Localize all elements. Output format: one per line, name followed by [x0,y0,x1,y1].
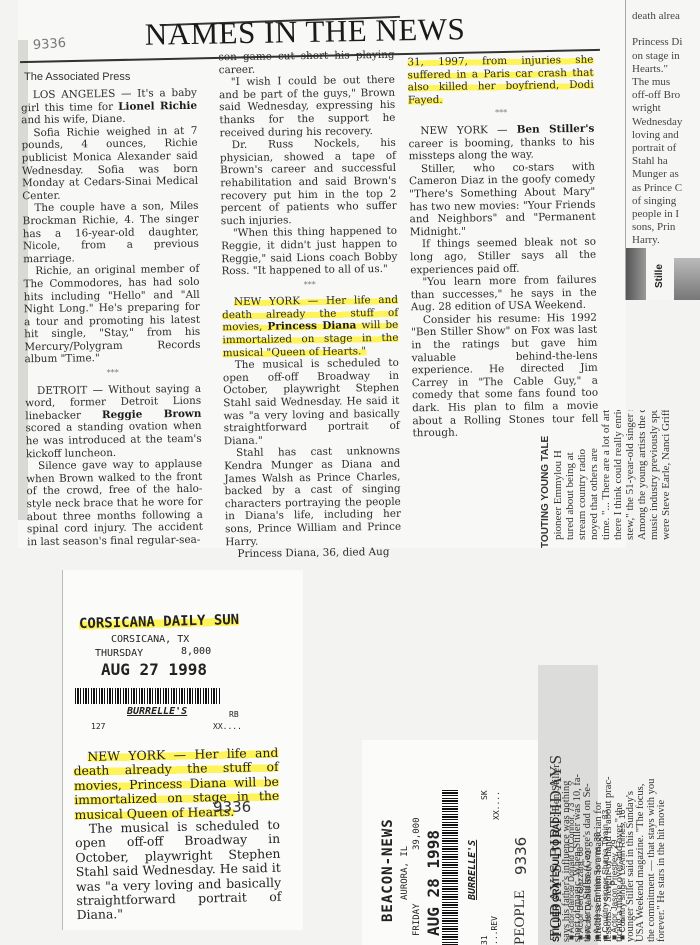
article-paragraph: Dr. Russ Nockels, his physician, showed … [220,137,397,228]
clipping-service-logo: BURRELLE'S [127,706,187,717]
text-line: stew," the 51-year-old singer said. [624,410,636,540]
newspaper-city: AURORA, IL [400,846,410,900]
section-label: PEOPLE [512,890,529,945]
text-line: Hearts." [632,63,668,76]
newspaper-city: CORSICANA, TX [111,634,189,645]
section-separator: *** [25,366,201,381]
corsicana-clipping: CORSICANA DAILY SUN CORSICANA, TX THURSD… [62,570,303,930]
page-title: NAMES IN THE NEWS [125,11,486,53]
circulation: 8,000 [181,646,211,657]
article-paragraph: If things seemed bleak not so long ago, … [410,236,597,276]
handwritten-number: 9336 [33,36,67,53]
section-separator: *** [408,106,594,121]
code-left: 31 [480,935,489,945]
text-line: Harry. [632,234,660,247]
handwritten-number: 9336 [512,837,530,875]
section-heading: TOUTING YOUNG TALE [540,436,551,548]
clip-date: AUG 27 1998 [101,660,207,679]
article-paragraph: The musical is scheduled to open off-off… [223,357,400,448]
code-right: XX.... [492,791,501,820]
text-line: pioneer Emmylou H [552,450,564,540]
text-line: ther Jerry Stiller (George's dad on Se- [582,783,593,942]
text-line: were Steve Earle, Nanci Griffith and [660,410,672,540]
beacon-news-clipping: BEACON-NEWS AURORA, IL FRIDAY 39,000 AUG… [362,740,538,945]
text-line: portrait of [632,142,676,155]
text-line: ticing a move over and over," the [614,803,625,942]
article-paragraph: "You learn more from failures than succe… [410,274,597,314]
article-column-1: LOS ANGELES — It's a baby girl this time… [21,87,203,549]
corsicana-article: NEW YORK — Her life and death already th… [73,746,282,923]
text-line: Wednesday [632,116,682,129]
text-line: Princess Di [632,36,682,49]
article-paragraph: NEW YORK — Her life and death already th… [222,294,399,359]
newspaper-day: FRIDAY [412,903,422,936]
article-paragraph: Silence gave way to applause when Brown … [26,458,203,549]
bold-name: Ben Stiller's [517,123,595,136]
text-line: of singing [632,195,676,208]
article-paragraph: NEW YORK — Ben Stiller's career is boomi… [408,123,595,163]
text-line: as Prince C [632,182,682,195]
code-right: XX.... [213,722,242,731]
text-line: loving and [632,129,679,142]
article-paragraph: Stiller, who co-stars with Cameron Diaz … [409,160,596,238]
article-paragraph: Richie, an original member of The Commod… [23,263,200,366]
clipping-service-logo: BURRELLE'S [467,840,478,900]
article-paragraph: The musical is scheduled to open off-off… [75,818,282,923]
text-line: younger Stiller said in this Sunday's [625,791,636,942]
text-line: Munger as [632,168,679,181]
text-line: off-off Bro [632,89,680,102]
article-paragraph: "I wish I could be out there and be part… [219,74,396,139]
text-line: death alrea [632,10,680,23]
article-paragraph: Stahl has cast unknowns Kendra Munger as… [224,445,401,548]
code-top: SK [480,790,489,800]
text-line: people in I [632,208,679,221]
photo-caption-tag: Stille [654,264,665,288]
text-line: wright [632,102,661,115]
barcode [442,790,458,945]
text-line: noyed that others are [588,448,600,540]
newspaper-name: BEACON-NEWS [380,818,396,922]
byline: The Associated Press [24,71,130,83]
bold-name: Reggie Brown [102,408,202,421]
article-column-2: son game cut short his playing career."I… [218,49,401,561]
article-column-3: 31, 1997, from injuries she suffered in … [407,54,598,440]
article-paragraph: LOS ANGELES — It's a baby girl this time… [21,87,198,127]
photo-fragment [626,248,646,300]
text-line: The mus [632,76,670,89]
newspaper-day: THURSDAY [95,648,143,659]
text-line: short of magic. When Stiller was 10, fa- [572,774,583,942]
text-line: there I think could really enrich the [612,410,624,540]
bold-name: Lionel Richie [118,99,197,112]
text-line: sons, Prin [632,221,675,234]
circulation: 39,000 [412,817,422,850]
clip-date: AUG 28 1998 [424,830,443,936]
article-paragraph: son game cut short his playing career. [218,49,394,77]
text-line: Among the young artists the country [636,410,648,540]
text-line: lessons. "Sleight-of-hand is about prac- [603,776,614,942]
code-left: 127 [91,722,105,731]
barcode [75,688,220,704]
handwritten-number: 9336 [213,798,251,816]
text-line: music industry previously spurned [648,410,660,540]
photo-fragment [674,258,700,300]
text-line: says his father's influence was nothing [561,781,572,942]
article-paragraph: 31, 1997, from injuries she suffered in … [407,54,594,107]
article-paragraph: DETROIT — Without saying a word, former … [25,382,202,460]
article-paragraph: Princess Diana, 36, died Aug [225,546,401,561]
text-line: tured about being at [564,452,576,540]
article-paragraph: Sofia Richie weighed in at 7 pounds, 4 o… [21,125,198,203]
text-line: USA Weekend magazine. "The focus, [635,784,646,942]
bold-name: Princess Diana [267,320,356,333]
section-separator: *** [222,277,398,292]
text-line: stream country radio [576,449,588,540]
text-line: Stahl ha [632,155,668,168]
text-line: on stage in [632,50,680,63]
article-paragraph: The couple have a son, Miles Brockman Ri… [22,200,199,265]
text-line: forever." He stars in the hit movie [656,800,667,942]
stiller-grateful-text: STILLER GRATEFUL TO DAD: Ben Stillersays… [540,660,660,945]
article-paragraph: "When this thing happened to Reggie, it … [221,225,398,278]
right-partial-clipping: death alreaPrincess Dion stage inHearts.… [625,0,700,300]
newspaper-name: CORSICANA DAILY SUN [79,612,240,632]
text-line: time. "... There are a lot of artists ou… [600,410,612,540]
code-left-2: ...REV [490,916,499,945]
code-top: RB [229,710,239,719]
